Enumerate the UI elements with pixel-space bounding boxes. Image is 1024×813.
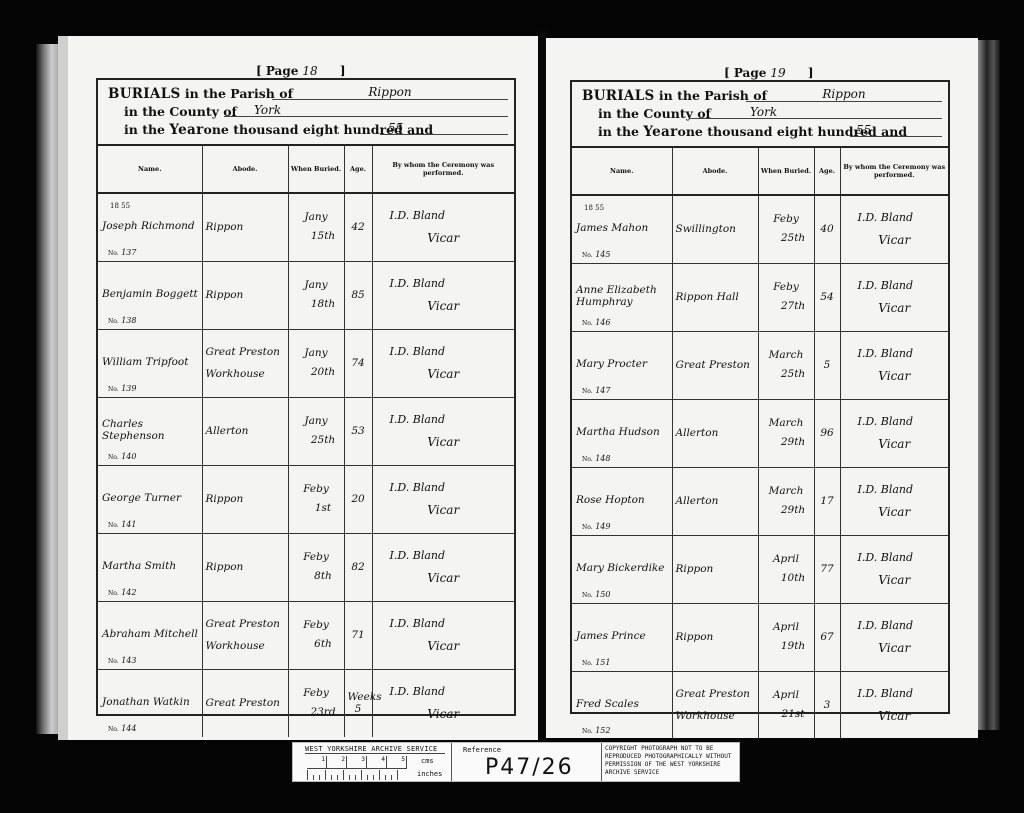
burial-entry-row: Martha SmithNo. 142RipponFeby8th82I.D. B…: [98, 533, 514, 601]
burial-month: Feby: [762, 278, 811, 297]
entry-ceremony-cell: I.D. BlandVicar: [372, 329, 514, 397]
officiant-title: Vicar: [844, 569, 946, 591]
burial-entry-row: James PrinceNo. 151RipponApril19th67I.D.…: [572, 603, 948, 671]
burial-month: March: [762, 482, 811, 501]
abode: Allerton: [206, 420, 285, 442]
entry-number: No. 149: [582, 522, 611, 531]
burial-month: Jany: [292, 344, 341, 363]
burial-entry-row: Mary ProcterNo. 147Great PrestonMarch25t…: [572, 331, 948, 399]
burial-month: Feby: [292, 616, 341, 635]
entry-number: No. 138: [108, 316, 137, 325]
burial-month: March: [762, 414, 811, 433]
reference-box: Reference P47/26: [451, 743, 602, 781]
entry-date-cell: Feby23rd: [288, 669, 344, 737]
officiant-name: I.D. Bland: [376, 613, 512, 635]
entry-name-cell: Fred ScalesNo. 152: [572, 671, 672, 739]
entry-date-cell: April21st: [758, 671, 814, 739]
burial-day: 1st: [292, 499, 341, 518]
entry-name-cell: Abraham MitchellNo. 143: [98, 601, 202, 669]
officiant-name: I.D. Bland: [844, 547, 946, 569]
entry-age: 42: [344, 193, 372, 261]
entry-abode-cell: Great Preston: [202, 669, 288, 737]
register-frame: BURIALS in the Parish of Rippon in the C…: [570, 80, 950, 714]
parish-field: Rippon: [272, 85, 508, 100]
page-number-label: [ Page19 ]: [724, 66, 814, 80]
register-heading: BURIALS in the Parish of Rippon in the C…: [98, 80, 514, 146]
entry-abode-cell: Great Preston Workhouse: [202, 601, 288, 669]
abode: Rippon: [206, 284, 285, 306]
deceased-name: Martha Smith: [102, 560, 199, 572]
officiant-title: Vicar: [844, 637, 946, 659]
entry-age: 17: [814, 467, 840, 535]
burial-day: 19th: [762, 637, 811, 656]
burial-day: 25th: [762, 365, 811, 384]
entry-age: 53: [344, 397, 372, 465]
deceased-name: Abraham Mitchell: [102, 628, 199, 640]
entry-age: 40: [814, 195, 840, 263]
entry-name-cell: Jonathan WatkinNo. 144: [98, 669, 202, 737]
burial-day: 29th: [762, 433, 811, 452]
burial-day: 21st: [762, 705, 811, 724]
entry-name-cell: Charles StephensonNo. 140: [98, 397, 202, 465]
entry-date-cell: April19th: [758, 603, 814, 671]
entry-name-cell: 18 55James MahonNo. 145: [572, 195, 672, 263]
reference-label: Reference: [463, 746, 501, 754]
entry-ceremony-cell: I.D. BlandVicar: [840, 535, 948, 603]
burial-month: Jany: [292, 208, 341, 227]
officiant-name: I.D. Bland: [844, 207, 946, 229]
book-binding-right: [978, 40, 1000, 730]
entry-date-cell: Feby1st: [288, 465, 344, 533]
entry-ceremony-cell: I.D. BlandVicar: [372, 601, 514, 669]
officiant-name: I.D. Bland: [844, 343, 946, 365]
deceased-name: James Mahon: [576, 222, 669, 234]
entry-ceremony-cell: I.D. BlandVicar: [372, 193, 514, 261]
abode: Great Preston Workhouse: [206, 341, 285, 385]
column-header-name: Name.: [572, 148, 672, 195]
officiant-name: I.D. Bland: [376, 341, 512, 363]
burial-month: April: [762, 686, 811, 705]
entry-ceremony-cell: I.D. BlandVicar: [840, 331, 948, 399]
year-mark: 18 55: [110, 202, 130, 210]
officiant-title: Vicar: [844, 365, 946, 387]
entry-age: 54: [814, 263, 840, 331]
register-frame: BURIALS in the Parish of Rippon in the C…: [96, 78, 516, 716]
column-header-name: Name.: [98, 146, 202, 193]
entry-date-cell: Jany15th: [288, 193, 344, 261]
abode: Rippon: [206, 488, 285, 510]
officiant-title: Vicar: [376, 295, 512, 317]
copyright-notice: COPYRIGHT PHOTOGRAPH NOT TO BE REPRODUCE…: [605, 745, 737, 777]
burial-entry-row: Martha HudsonNo. 148AllertonMarch29th96I…: [572, 399, 948, 467]
entry-number: No. 141: [108, 520, 137, 529]
burial-entry-row: Jonathan WatkinNo. 144Great PrestonFeby2…: [98, 669, 514, 737]
entry-date-cell: Jany20th: [288, 329, 344, 397]
entry-ceremony-cell: I.D. BlandVicar: [840, 467, 948, 535]
column-header-abode: Abode.: [202, 146, 288, 193]
cm-scale: 1 2 3 4 5: [307, 756, 407, 769]
burial-entry-row: 18 55Joseph RichmondNo. 137RipponJany15t…: [98, 193, 514, 261]
burial-entry-row: Abraham MitchellNo. 143Great Preston Wor…: [98, 601, 514, 669]
entry-date-cell: Jany18th: [288, 261, 344, 329]
column-header-ceremony: By whom the Ceremony was performed.: [840, 148, 948, 195]
entry-number: No. 145: [582, 250, 611, 259]
entry-abode-cell: Great Preston Workhouse: [202, 329, 288, 397]
entry-date-cell: March29th: [758, 399, 814, 467]
entry-abode-cell: Swillington: [672, 195, 758, 263]
burial-entry-row: Charles StephensonNo. 140AllertonJany25t…: [98, 397, 514, 465]
burial-entry-row: Rose HoptonNo. 149AllertonMarch29th17I.D…: [572, 467, 948, 535]
inch-unit-label: inches: [417, 770, 442, 778]
entry-date-cell: Feby25th: [758, 195, 814, 263]
entry-abode-cell: Great Preston: [672, 331, 758, 399]
officiant-name: I.D. Bland: [376, 545, 512, 567]
burial-month: April: [762, 618, 811, 637]
abode: Rippon: [676, 626, 755, 648]
officiant-title: Vicar: [376, 363, 512, 385]
entry-name-cell: Anne Elizabeth HumphrayNo. 146: [572, 263, 672, 331]
abode: Allerton: [676, 490, 755, 512]
entry-name-cell: Martha SmithNo. 142: [98, 533, 202, 601]
entry-ceremony-cell: I.D. BlandVicar: [372, 397, 514, 465]
burial-month: Feby: [292, 548, 341, 567]
entry-age: 3: [814, 671, 840, 739]
year-field: 55: [380, 121, 508, 135]
burial-entry-row: George TurnerNo. 141RipponFeby1st20I.D. …: [98, 465, 514, 533]
burial-day: 23rd: [292, 703, 341, 722]
officiant-name: I.D. Bland: [844, 411, 946, 433]
burial-day: 20th: [292, 363, 341, 382]
entry-name-cell: 18 55Joseph RichmondNo. 137: [98, 193, 202, 261]
column-header-abode: Abode.: [672, 148, 758, 195]
burial-entry-row: Anne Elizabeth HumphrayNo. 146Rippon Hal…: [572, 263, 948, 331]
burial-day: 25th: [762, 229, 811, 248]
parish-field: Rippon: [746, 87, 942, 102]
deceased-name: Rose Hopton: [576, 494, 669, 506]
entry-date-cell: March25th: [758, 331, 814, 399]
officiant-name: I.D. Bland: [376, 409, 512, 431]
abode: Rippon: [206, 216, 285, 238]
officiant-name: I.D. Bland: [376, 205, 512, 227]
officiant-title: Vicar: [844, 297, 946, 319]
abode: Great Preston Workhouse: [676, 683, 755, 727]
column-header-age: Age.: [344, 146, 372, 193]
officiant-title: Vicar: [376, 227, 512, 249]
entry-number: No. 144: [108, 724, 137, 733]
entry-ceremony-cell: I.D. BlandVicar: [372, 533, 514, 601]
burial-day: 29th: [762, 501, 811, 520]
entry-name-cell: George TurnerNo. 141: [98, 465, 202, 533]
burials-table-left: Name. Abode. When Buried. Age. By whom t…: [98, 146, 514, 737]
entry-abode-cell: Rippon: [202, 261, 288, 329]
entry-name-cell: Mary ProcterNo. 147: [572, 331, 672, 399]
burials-table-right: Name. Abode. When Buried. Age. By whom t…: [572, 148, 948, 739]
entry-ceremony-cell: I.D. BlandVicar: [840, 195, 948, 263]
abode: Swillington: [676, 218, 755, 240]
entry-date-cell: Feby8th: [288, 533, 344, 601]
deceased-name: Mary Bickerdike: [576, 562, 669, 574]
burial-month: Jany: [292, 276, 341, 295]
entry-name-cell: Rose HoptonNo. 149: [572, 467, 672, 535]
entry-abode-cell: Rippon: [672, 535, 758, 603]
entry-name-cell: James PrinceNo. 151: [572, 603, 672, 671]
entry-date-cell: March29th: [758, 467, 814, 535]
entry-ceremony-cell: I.D. BlandVicar: [372, 261, 514, 329]
entry-number: No. 137: [108, 248, 137, 257]
officiant-title: Vicar: [844, 705, 946, 727]
entry-ceremony-cell: I.D. BlandVicar: [840, 399, 948, 467]
entry-age: 74: [344, 329, 372, 397]
deceased-name: Joseph Richmond: [102, 220, 199, 232]
entry-ceremony-cell: I.D. BlandVicar: [372, 465, 514, 533]
entry-abode-cell: Rippon: [202, 533, 288, 601]
deceased-name: Jonathan Watkin: [102, 696, 199, 708]
officiant-title: Vicar: [376, 567, 512, 589]
county-field: York: [690, 105, 942, 119]
entry-abode-cell: Rippon: [202, 193, 288, 261]
inch-scale: [307, 769, 407, 780]
entry-number: No. 148: [582, 454, 611, 463]
burial-day: 6th: [292, 635, 341, 654]
officiant-title: Vicar: [844, 501, 946, 523]
cm-unit-label: cms: [421, 757, 434, 765]
officiant-title: Vicar: [844, 433, 946, 455]
entry-age: Weeks 5: [344, 669, 372, 737]
entry-age: 85: [344, 261, 372, 329]
entry-name-cell: Mary BickerdikeNo. 150: [572, 535, 672, 603]
entry-abode-cell: Allerton: [672, 467, 758, 535]
officiant-name: I.D. Bland: [376, 477, 512, 499]
burial-entry-row: 18 55James MahonNo. 145SwillingtonFeby25…: [572, 195, 948, 263]
officiant-title: Vicar: [844, 229, 946, 251]
entry-number: No. 152: [582, 726, 611, 735]
burial-entry-row: Benjamin BoggettNo. 138RipponJany18th85I…: [98, 261, 514, 329]
entry-age: 20: [344, 465, 372, 533]
burial-day: 27th: [762, 297, 811, 316]
entry-abode-cell: Rippon: [202, 465, 288, 533]
burial-month: Feby: [292, 480, 341, 499]
entry-name-cell: William TripfootNo. 139: [98, 329, 202, 397]
entry-number: No. 140: [108, 452, 137, 461]
register-page-right: [ Page19 ] BURIALS in the Parish of Ripp…: [546, 38, 978, 738]
entry-date-cell: Feby27th: [758, 263, 814, 331]
entry-age: 71: [344, 601, 372, 669]
abode: Great Preston: [206, 692, 285, 714]
archive-service-name: WEST YORKSHIRE ARCHIVE SERVICE: [305, 745, 445, 754]
abode: Great Preston: [676, 354, 755, 376]
abode: Rippon Hall: [676, 286, 755, 308]
burial-day: 18th: [292, 295, 341, 314]
deceased-name: Anne Elizabeth Humphray: [576, 284, 669, 308]
abode: Rippon: [676, 558, 755, 580]
burial-month: Jany: [292, 412, 341, 431]
burial-month: Feby: [762, 210, 811, 229]
abode: Allerton: [676, 422, 755, 444]
entry-date-cell: April10th: [758, 535, 814, 603]
entry-number: No. 142: [108, 588, 137, 597]
entry-name-cell: Benjamin BoggettNo. 138: [98, 261, 202, 329]
entry-ceremony-cell: I.D. BlandVicar: [840, 263, 948, 331]
burial-day: 8th: [292, 567, 341, 586]
officiant-name: I.D. Bland: [844, 683, 946, 705]
entry-age: 82: [344, 533, 372, 601]
entry-age: 67: [814, 603, 840, 671]
deceased-name: Benjamin Boggett: [102, 288, 199, 300]
entry-date-cell: Feby6th: [288, 601, 344, 669]
burial-month: March: [762, 346, 811, 365]
entry-age: 5: [814, 331, 840, 399]
entry-abode-cell: Allerton: [672, 399, 758, 467]
entry-number: No. 147: [582, 386, 611, 395]
deceased-name: Fred Scales: [576, 698, 669, 710]
entry-abode-cell: Allerton: [202, 397, 288, 465]
year-mark: 18 55: [584, 204, 604, 212]
burial-entry-row: Mary BickerdikeNo. 150RipponApril10th77I…: [572, 535, 948, 603]
entry-number: No. 139: [108, 384, 137, 393]
register-page-left: [ Page18 ] BURIALS in the Parish of Ripp…: [58, 36, 538, 740]
abode: Rippon: [206, 556, 285, 578]
entry-ceremony-cell: I.D. BlandVicar: [372, 669, 514, 737]
entry-abode-cell: Great Preston Workhouse: [672, 671, 758, 739]
entry-abode-cell: Rippon: [672, 603, 758, 671]
entry-age: 96: [814, 399, 840, 467]
page-number-label: [ Page18 ]: [256, 64, 346, 78]
burial-month: April: [762, 550, 811, 569]
officiant-title: Vicar: [376, 635, 512, 657]
entry-age: 77: [814, 535, 840, 603]
entry-number: No. 146: [582, 318, 611, 327]
entry-date-cell: Jany25th: [288, 397, 344, 465]
officiant-name: I.D. Bland: [376, 681, 512, 703]
burial-day: 10th: [762, 569, 811, 588]
entry-number: No. 143: [108, 656, 137, 665]
reference-value: P47/26: [485, 755, 574, 780]
column-header-when-buried: When Buried.: [288, 146, 344, 193]
deceased-name: Martha Hudson: [576, 426, 669, 438]
column-header-when-buried: When Buried.: [758, 148, 814, 195]
abode: Great Preston Workhouse: [206, 613, 285, 657]
deceased-name: James Prince: [576, 630, 669, 642]
entry-ceremony-cell: I.D. BlandVicar: [840, 671, 948, 739]
burial-entry-row: William TripfootNo. 139Great Preston Wor…: [98, 329, 514, 397]
deceased-name: Charles Stephenson: [102, 418, 199, 442]
burial-entry-row: Fred ScalesNo. 152Great Preston Workhous…: [572, 671, 948, 739]
register-heading: BURIALS in the Parish of Rippon in the C…: [572, 82, 948, 148]
entry-number: No. 151: [582, 658, 611, 667]
officiant-title: Vicar: [376, 431, 512, 453]
burial-day: 15th: [292, 227, 341, 246]
archive-reference-label: WEST YORKSHIRE ARCHIVE SERVICE 1 2 3 4 5…: [292, 742, 740, 782]
entry-name-cell: Martha HudsonNo. 148: [572, 399, 672, 467]
officiant-title: Vicar: [376, 499, 512, 521]
entry-ceremony-cell: I.D. BlandVicar: [840, 603, 948, 671]
county-field: York: [224, 103, 508, 117]
burial-day: 25th: [292, 431, 341, 450]
deceased-name: George Turner: [102, 492, 199, 504]
officiant-name: I.D. Bland: [376, 273, 512, 295]
burial-month: Feby: [292, 684, 341, 703]
year-field: 55: [850, 123, 942, 137]
officiant-name: I.D. Bland: [844, 479, 946, 501]
column-header-age: Age.: [814, 148, 840, 195]
entry-abode-cell: Rippon Hall: [672, 263, 758, 331]
entry-number: No. 150: [582, 590, 611, 599]
officiant-name: I.D. Bland: [844, 615, 946, 637]
deceased-name: William Tripfoot: [102, 356, 199, 368]
deceased-name: Mary Procter: [576, 358, 669, 370]
scale-ruler: WEST YORKSHIRE ARCHIVE SERVICE 1 2 3 4 5…: [293, 743, 452, 781]
column-header-ceremony: By whom the Ceremony was performed.: [372, 146, 514, 193]
officiant-name: I.D. Bland: [844, 275, 946, 297]
officiant-title: Vicar: [376, 703, 512, 725]
